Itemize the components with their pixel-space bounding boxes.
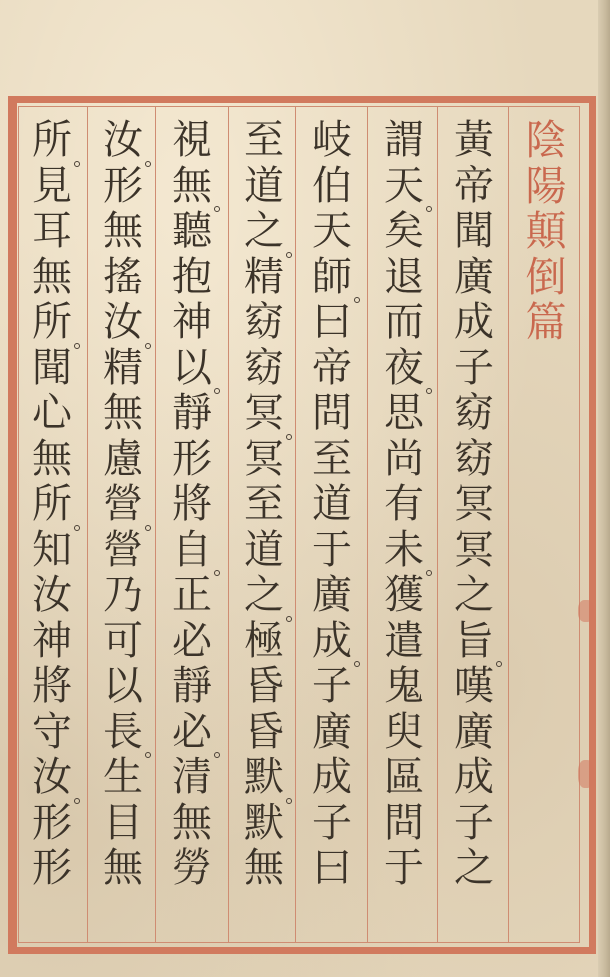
text-character: 子	[298, 664, 366, 710]
text-character: 目	[89, 801, 157, 847]
text-character: 道	[298, 482, 366, 528]
text-character: 抱	[158, 255, 226, 301]
text-character: 營	[89, 528, 157, 574]
title-character: 顛	[512, 209, 580, 255]
text-character: 無	[89, 391, 157, 437]
punctuation-circle-mark	[74, 161, 80, 167]
text-character: 精	[89, 346, 157, 392]
text-character: 冥	[440, 482, 508, 528]
text-character: 區	[370, 755, 438, 801]
text-character: 無	[18, 437, 86, 483]
text-column: 汝形無搖汝精無慮營營乃可以長生目無	[89, 118, 157, 892]
punctuation-circle-mark	[214, 752, 220, 758]
punctuation-circle-mark	[74, 798, 80, 804]
punctuation-circle-mark	[286, 798, 292, 804]
text-character: 岐	[298, 118, 366, 164]
column-divider	[367, 106, 368, 943]
text-character: 慮	[89, 437, 157, 483]
text-character: 子	[440, 801, 508, 847]
text-character: 窈	[230, 346, 298, 392]
text-character: 子	[298, 801, 366, 847]
text-character: 于	[298, 528, 366, 574]
text-character: 思	[370, 391, 438, 437]
paper-damage	[578, 760, 594, 788]
punctuation-circle-mark	[214, 388, 220, 394]
text-character: 默	[230, 755, 298, 801]
text-character: 極	[230, 619, 298, 665]
text-character: 勞	[158, 846, 226, 892]
text-column: 至道之精窈窈冥冥至道之極昏昏默默無	[230, 118, 298, 892]
text-character: 有	[370, 482, 438, 528]
text-character: 問	[298, 391, 366, 437]
page-edge	[598, 0, 610, 977]
text-character: 獲	[370, 573, 438, 619]
text-character: 尚	[370, 437, 438, 483]
text-character: 之	[440, 573, 508, 619]
text-character: 默	[230, 801, 298, 847]
text-character: 無	[89, 846, 157, 892]
text-column: 謂天矣退而夜思尚有未獲遣鬼臾區問于	[370, 118, 438, 892]
text-character: 曰	[298, 300, 366, 346]
text-character: 神	[158, 300, 226, 346]
text-character: 將	[18, 664, 86, 710]
text-character: 帝	[298, 346, 366, 392]
text-character: 窈	[440, 391, 508, 437]
punctuation-circle-mark	[145, 161, 151, 167]
text-character: 形	[18, 846, 86, 892]
column-divider	[87, 106, 88, 943]
title-character: 倒	[512, 255, 580, 301]
punctuation-circle-mark	[496, 661, 502, 667]
text-character: 聞	[18, 346, 86, 392]
punctuation-circle-mark	[426, 570, 432, 576]
text-character: 以	[158, 346, 226, 392]
text-character: 所	[18, 300, 86, 346]
punctuation-circle-mark	[286, 434, 292, 440]
text-character: 道	[230, 164, 298, 210]
text-character: 無	[230, 846, 298, 892]
text-character: 汝	[18, 755, 86, 801]
punctuation-circle-mark	[286, 252, 292, 258]
text-character: 之	[440, 846, 508, 892]
text-character: 黃	[440, 118, 508, 164]
punctuation-circle-mark	[214, 206, 220, 212]
text-character: 昏	[230, 664, 298, 710]
text-column: 黃帝聞廣成子窈窈冥冥之旨嘆廣成子之	[440, 118, 508, 892]
text-character: 以	[89, 664, 157, 710]
punctuation-circle-mark	[145, 343, 151, 349]
text-character: 必	[158, 710, 226, 756]
punctuation-circle-mark	[426, 206, 432, 212]
text-character: 至	[298, 437, 366, 483]
text-character: 成	[440, 300, 508, 346]
title-character: 陰	[512, 118, 580, 164]
text-character: 冥	[230, 437, 298, 483]
text-character: 臾	[370, 710, 438, 756]
text-character: 窈	[230, 300, 298, 346]
text-character: 窈	[440, 437, 508, 483]
text-character: 天	[298, 209, 366, 255]
text-character: 自	[158, 528, 226, 574]
text-character: 心	[18, 391, 86, 437]
text-character: 汝	[89, 118, 157, 164]
text-character: 天	[370, 164, 438, 210]
text-character: 道	[230, 528, 298, 574]
punctuation-circle-mark	[286, 616, 292, 622]
text-character: 之	[230, 209, 298, 255]
punctuation-circle-mark	[145, 752, 151, 758]
text-character: 至	[230, 482, 298, 528]
title-character: 陽	[512, 164, 580, 210]
text-character: 聽	[158, 209, 226, 255]
text-character: 而	[370, 300, 438, 346]
punctuation-circle-mark	[145, 525, 151, 531]
text-character: 搖	[89, 255, 157, 301]
text-character: 帝	[440, 164, 508, 210]
text-character: 至	[230, 118, 298, 164]
text-character: 謂	[370, 118, 438, 164]
text-character: 形	[158, 437, 226, 483]
text-character: 矣	[370, 209, 438, 255]
text-character: 生	[89, 755, 157, 801]
punctuation-circle-mark	[74, 343, 80, 349]
text-character: 形	[89, 164, 157, 210]
text-character: 冥	[440, 528, 508, 574]
text-character: 所	[18, 482, 86, 528]
chapter-title-column: 陰陽顛倒篇	[512, 118, 580, 346]
text-column: 岐伯天師曰帝問至道于廣成子廣成子曰	[298, 118, 366, 892]
text-character: 必	[158, 619, 226, 665]
text-character: 正	[158, 573, 226, 619]
text-character: 長	[89, 710, 157, 756]
text-character: 知	[18, 528, 86, 574]
text-character: 守	[18, 710, 86, 756]
paper-damage	[578, 600, 594, 622]
text-character: 靜	[158, 391, 226, 437]
title-character: 篇	[512, 300, 580, 346]
punctuation-circle-mark	[74, 525, 80, 531]
text-character: 精	[230, 255, 298, 301]
text-character: 廣	[440, 255, 508, 301]
text-character: 曰	[298, 846, 366, 892]
text-character: 子	[440, 346, 508, 392]
text-character: 師	[298, 255, 366, 301]
text-character: 廣	[298, 573, 366, 619]
text-character: 汝	[89, 300, 157, 346]
text-character: 遣	[370, 619, 438, 665]
text-character: 廣	[298, 710, 366, 756]
punctuation-circle-mark	[354, 297, 360, 303]
text-character: 可	[89, 619, 157, 665]
text-character: 耳	[18, 209, 86, 255]
text-character: 見	[18, 164, 86, 210]
text-character: 昏	[230, 710, 298, 756]
text-character: 無	[158, 801, 226, 847]
column-divider	[228, 106, 229, 943]
text-character: 旨	[440, 619, 508, 665]
text-character: 營	[89, 482, 157, 528]
text-character: 清	[158, 755, 226, 801]
punctuation-circle-mark	[426, 388, 432, 394]
text-character: 之	[230, 573, 298, 619]
text-column: 所見耳無所聞心無所知汝神將守汝形形	[18, 118, 86, 892]
text-character: 聞	[440, 209, 508, 255]
text-character: 無	[89, 209, 157, 255]
text-character: 無	[18, 255, 86, 301]
text-character: 成	[298, 619, 366, 665]
text-character: 嘆	[440, 664, 508, 710]
text-character: 成	[440, 755, 508, 801]
text-character: 夜	[370, 346, 438, 392]
text-character: 廣	[440, 710, 508, 756]
text-character: 退	[370, 255, 438, 301]
text-character: 伯	[298, 164, 366, 210]
text-character: 將	[158, 482, 226, 528]
text-character: 于	[370, 846, 438, 892]
text-character: 形	[18, 801, 86, 847]
text-column: 視無聽抱神以靜形將自正必靜必清無勞	[158, 118, 226, 892]
text-character: 所	[18, 118, 86, 164]
punctuation-circle-mark	[354, 661, 360, 667]
text-character: 乃	[89, 573, 157, 619]
text-character: 問	[370, 801, 438, 847]
text-character: 汝	[18, 573, 86, 619]
column-divider	[508, 106, 509, 943]
punctuation-circle-mark	[214, 570, 220, 576]
text-character: 視	[158, 118, 226, 164]
text-character: 神	[18, 619, 86, 665]
text-character: 無	[158, 164, 226, 210]
text-character: 未	[370, 528, 438, 574]
text-character: 靜	[158, 664, 226, 710]
text-character: 鬼	[370, 664, 438, 710]
text-character: 冥	[230, 391, 298, 437]
text-character: 成	[298, 755, 366, 801]
